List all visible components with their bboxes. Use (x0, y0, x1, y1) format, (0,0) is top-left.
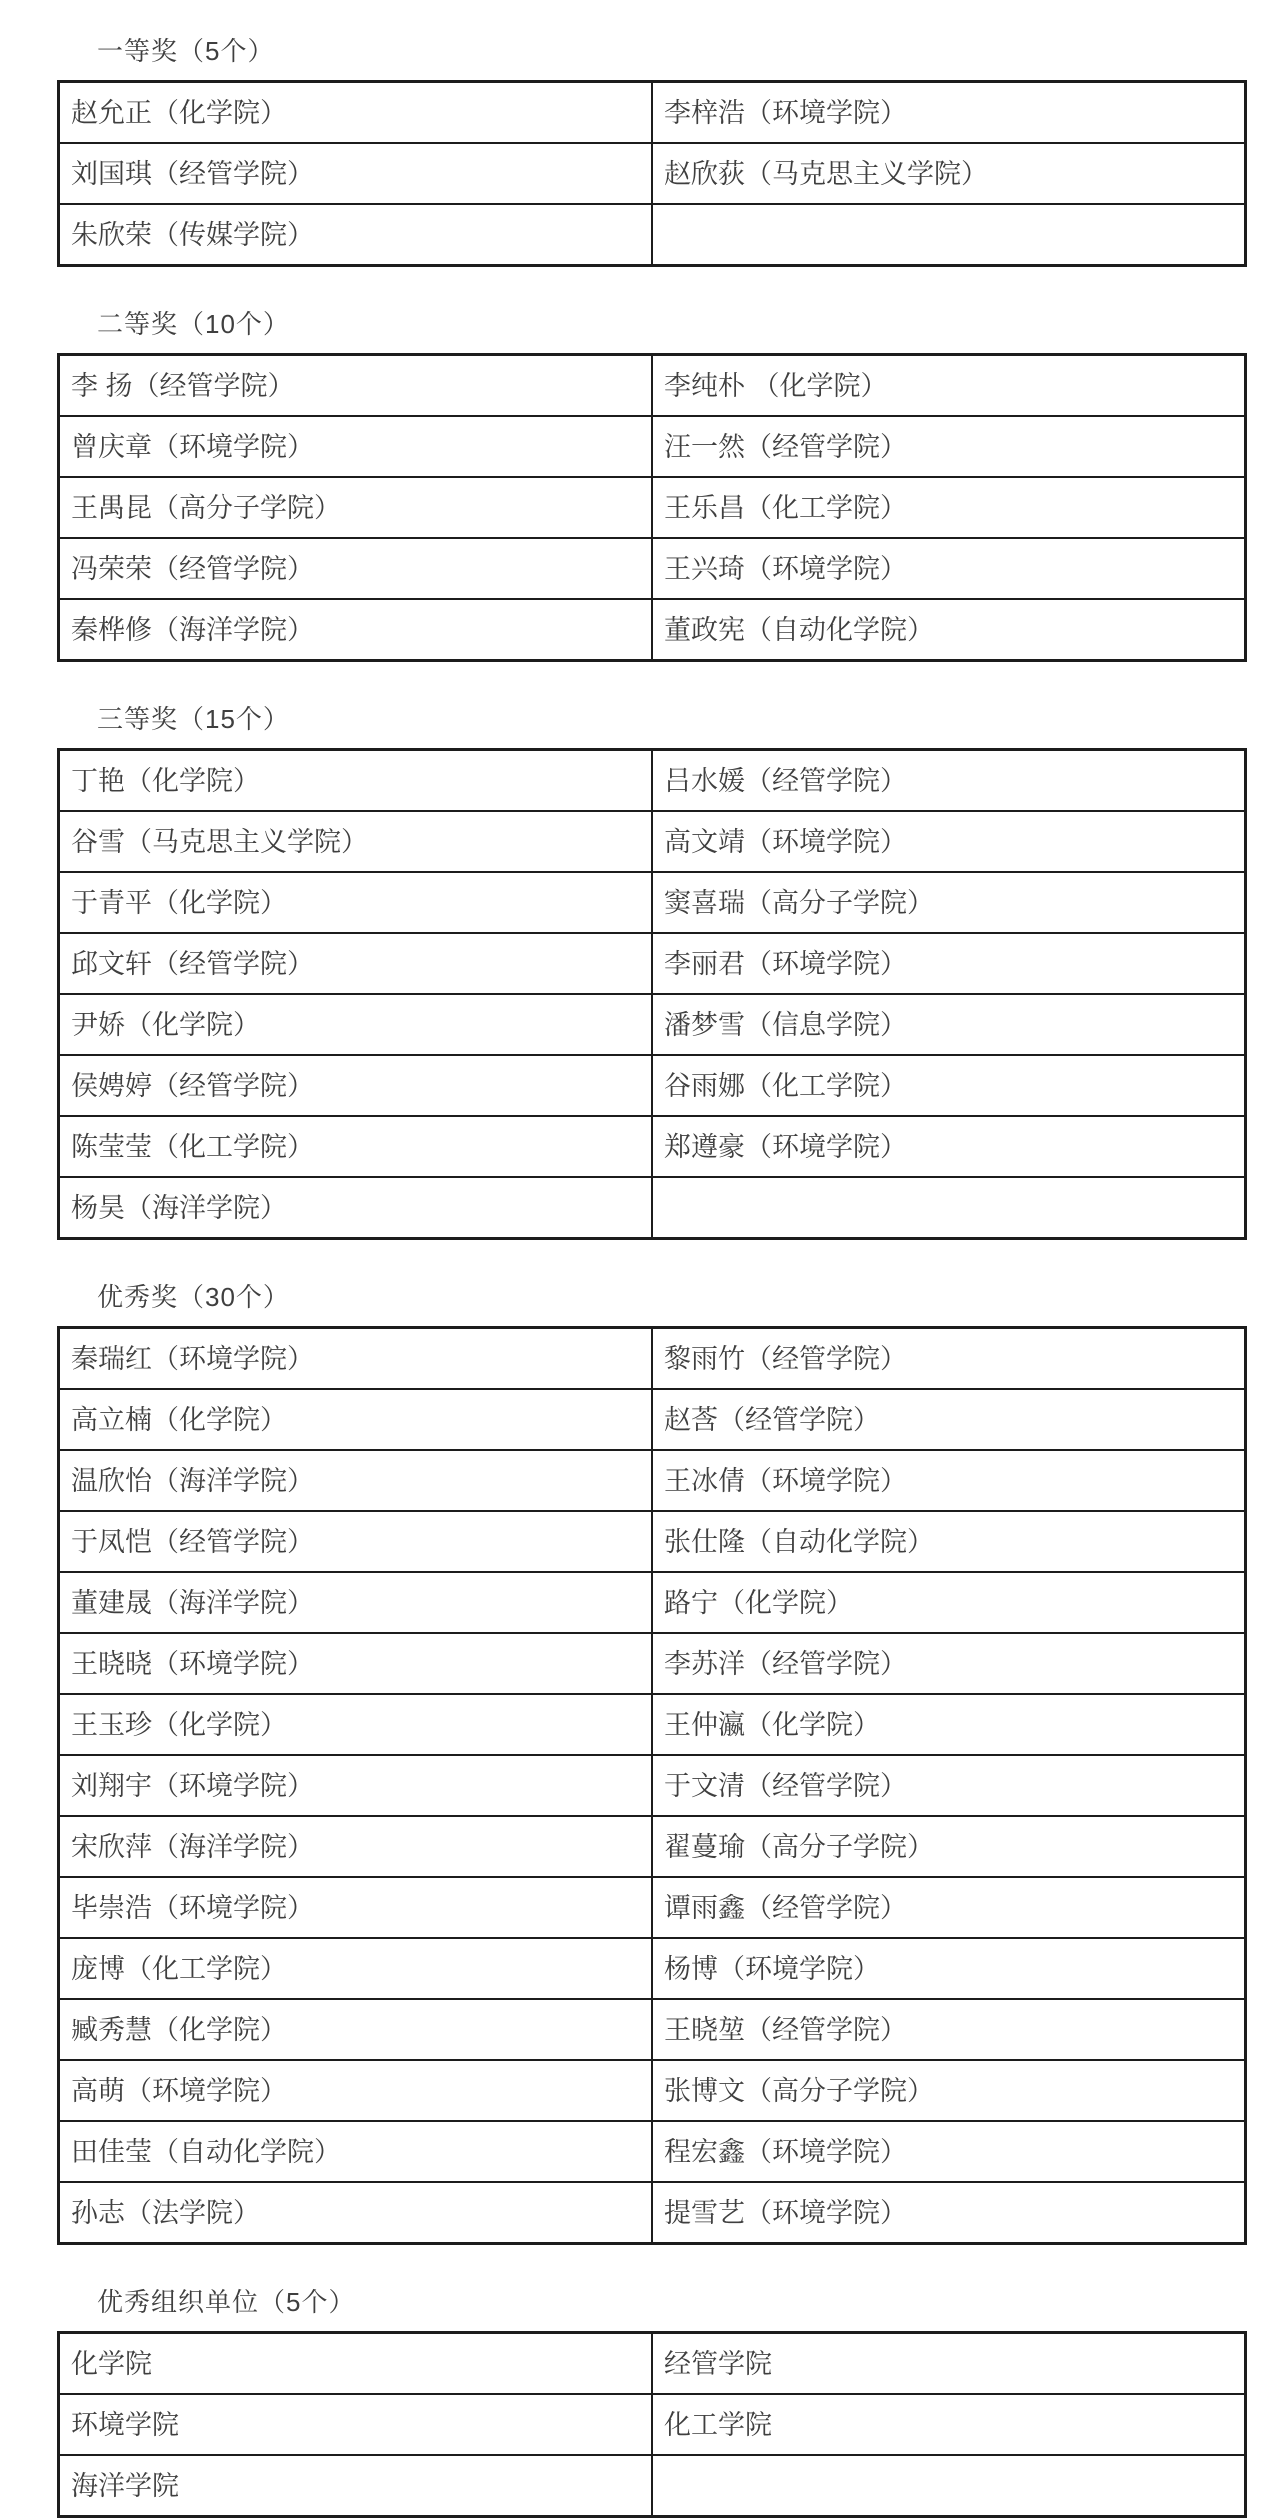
table-row: 化学院经管学院 (59, 2333, 1246, 2395)
table-row: 高萌（环境学院）张博文（高分子学院） (59, 2060, 1246, 2121)
section-title: 三等奖（15个） (97, 702, 1284, 736)
award-cell: 朱欣荣（传媒学院） (59, 204, 653, 266)
award-cell: 尹娇（化学院） (59, 994, 653, 1055)
section-title: 优秀组织单位（5个） (97, 2285, 1284, 2319)
table-row: 田佳莹（自动化学院）程宏鑫（环境学院） (59, 2121, 1246, 2182)
award-cell: 陈莹莹（化工学院） (59, 1116, 653, 1177)
award-cell: 王禺昆（高分子学院） (59, 477, 653, 538)
table-row: 孙志（法学院）提雪艺（环境学院） (59, 2182, 1246, 2244)
award-section: 二等奖（10个）李 扬（经管学院）李纯朴 （化学院）曾庆章（环境学院）汪一然（经… (0, 307, 1284, 662)
award-cell: 董建晟（海洋学院） (59, 1572, 653, 1633)
award-cell: 张博文（高分子学院） (652, 2060, 1246, 2121)
table-row: 赵允正（化学院）李梓浩（环境学院） (59, 82, 1246, 144)
award-cell: 张仕隆（自动化学院） (652, 1511, 1246, 1572)
award-cell: 赵允正（化学院） (59, 82, 653, 144)
section-title: 优秀奖（30个） (97, 1280, 1284, 1314)
awards-table: 李 扬（经管学院）李纯朴 （化学院）曾庆章（环境学院）汪一然（经管学院）王禺昆（… (57, 353, 1247, 662)
award-section: 优秀组织单位（5个）化学院经管学院环境学院化工学院海洋学院 (0, 2285, 1284, 2518)
award-cell: 孙志（法学院） (59, 2182, 653, 2244)
table-row: 曾庆章（环境学院）汪一然（经管学院） (59, 416, 1246, 477)
table-row: 谷雪（马克思主义学院）高文靖（环境学院） (59, 811, 1246, 872)
award-cell: 侯娉婷（经管学院） (59, 1055, 653, 1116)
award-cell: 环境学院 (59, 2394, 653, 2455)
award-cell: 李 扬（经管学院） (59, 355, 653, 417)
award-cell: 王晓堃（经管学院） (652, 1999, 1246, 2060)
award-cell: 谭雨鑫（经管学院） (652, 1877, 1246, 1938)
award-cell: 曾庆章（环境学院） (59, 416, 653, 477)
award-cell: 王仲瀛（化学院） (652, 1694, 1246, 1755)
table-row: 王禺昆（高分子学院）王乐昌（化工学院） (59, 477, 1246, 538)
award-cell: 王乐昌（化工学院） (652, 477, 1246, 538)
table-row: 陈莹莹（化工学院）郑遵豪（环境学院） (59, 1116, 1246, 1177)
award-cell: 高萌（环境学院） (59, 2060, 653, 2121)
table-row: 尹娇（化学院）潘梦雪（信息学院） (59, 994, 1246, 1055)
table-row: 朱欣荣（传媒学院） (59, 204, 1246, 266)
awards-table: 化学院经管学院环境学院化工学院海洋学院 (57, 2331, 1247, 2518)
award-cell: 汪一然（经管学院） (652, 416, 1246, 477)
table-row: 侯娉婷（经管学院）谷雨娜（化工学院） (59, 1055, 1246, 1116)
award-cell: 董政宪（自动化学院） (652, 599, 1246, 661)
table-row: 臧秀慧（化学院）王晓堃（经管学院） (59, 1999, 1246, 2060)
award-cell: 杨博（环境学院） (652, 1938, 1246, 1999)
awards-table: 赵允正（化学院）李梓浩（环境学院）刘国琪（经管学院）赵欣荻（马克思主义学院）朱欣… (57, 80, 1247, 267)
award-cell: 王兴琦（环境学院） (652, 538, 1246, 599)
award-cell: 高文靖（环境学院） (652, 811, 1246, 872)
section-title: 一等奖（5个） (97, 34, 1284, 68)
award-cell: 潘梦雪（信息学院） (652, 994, 1246, 1055)
award-cell: 赵莟（经管学院） (652, 1389, 1246, 1450)
award-cell: 于文清（经管学院） (652, 1755, 1246, 1816)
award-cell: 宋欣萍（海洋学院） (59, 1816, 653, 1877)
award-cell: 王冰倩（环境学院） (652, 1450, 1246, 1511)
award-cell: 于青平（化学院） (59, 872, 653, 933)
table-row: 毕崇浩（环境学院）谭雨鑫（经管学院） (59, 1877, 1246, 1938)
award-cell: 于凤恺（经管学院） (59, 1511, 653, 1572)
award-cell: 翟蔓瑜（高分子学院） (652, 1816, 1246, 1877)
table-row: 庞博（化工学院）杨博（环境学院） (59, 1938, 1246, 1999)
award-section: 优秀奖（30个）秦瑞红（环境学院）黎雨竹（经管学院）高立楠（化学院）赵莟（经管学… (0, 1280, 1284, 2245)
award-cell: 郑遵豪（环境学院） (652, 1116, 1246, 1177)
award-cell: 李丽君（环境学院） (652, 933, 1246, 994)
award-cell: 杨昊（海洋学院） (59, 1177, 653, 1239)
table-row: 董建晟（海洋学院）路宁（化学院） (59, 1572, 1246, 1633)
table-row: 王晓晓（环境学院）李苏洋（经管学院） (59, 1633, 1246, 1694)
award-cell: 李梓浩（环境学院） (652, 82, 1246, 144)
award-cell: 提雪艺（环境学院） (652, 2182, 1246, 2244)
document-page: 一等奖（5个）赵允正（化学院）李梓浩（环境学院）刘国琪（经管学院）赵欣荻（马克思… (0, 0, 1284, 2518)
award-section: 一等奖（5个）赵允正（化学院）李梓浩（环境学院）刘国琪（经管学院）赵欣荻（马克思… (0, 34, 1284, 267)
award-cell: 路宁（化学院） (652, 1572, 1246, 1633)
award-cell: 吕水媛（经管学院） (652, 750, 1246, 812)
award-cell: 黎雨竹（经管学院） (652, 1328, 1246, 1390)
award-cell: 秦桦修（海洋学院） (59, 599, 653, 661)
award-cell: 冯荣荣（经管学院） (59, 538, 653, 599)
table-row: 杨昊（海洋学院） (59, 1177, 1246, 1239)
award-cell: 谷雪（马克思主义学院） (59, 811, 653, 872)
award-cell: 谷雨娜（化工学院） (652, 1055, 1246, 1116)
award-cell: 赵欣荻（马克思主义学院） (652, 143, 1246, 204)
award-cell: 毕崇浩（环境学院） (59, 1877, 653, 1938)
awards-table: 丁艳（化学院）吕水媛（经管学院）谷雪（马克思主义学院）高文靖（环境学院）于青平（… (57, 748, 1247, 1240)
award-cell: 李苏洋（经管学院） (652, 1633, 1246, 1694)
award-cell: 王晓晓（环境学院） (59, 1633, 653, 1694)
table-row: 秦瑞红（环境学院）黎雨竹（经管学院） (59, 1328, 1246, 1390)
empty-cell (652, 1177, 1246, 1239)
empty-cell (652, 2455, 1246, 2517)
award-cell: 田佳莹（自动化学院） (59, 2121, 653, 2182)
table-row: 高立楠（化学院）赵莟（经管学院） (59, 1389, 1246, 1450)
table-row: 刘国琪（经管学院）赵欣荻（马克思主义学院） (59, 143, 1246, 204)
award-cell: 化工学院 (652, 2394, 1246, 2455)
award-cell: 臧秀慧（化学院） (59, 1999, 653, 2060)
table-row: 海洋学院 (59, 2455, 1246, 2517)
award-cell: 丁艳（化学院） (59, 750, 653, 812)
section-title: 二等奖（10个） (97, 307, 1284, 341)
table-row: 宋欣萍（海洋学院）翟蔓瑜（高分子学院） (59, 1816, 1246, 1877)
table-row: 环境学院化工学院 (59, 2394, 1246, 2455)
award-cell: 李纯朴 （化学院） (652, 355, 1246, 417)
table-row: 刘翔宇（环境学院）于文清（经管学院） (59, 1755, 1246, 1816)
award-cell: 刘翔宇（环境学院） (59, 1755, 653, 1816)
award-cell: 庞博（化工学院） (59, 1938, 653, 1999)
table-row: 李 扬（经管学院）李纯朴 （化学院） (59, 355, 1246, 417)
award-section: 三等奖（15个）丁艳（化学院）吕水媛（经管学院）谷雪（马克思主义学院）高文靖（环… (0, 702, 1284, 1240)
award-cell: 温欣怡（海洋学院） (59, 1450, 653, 1511)
award-sections-container: 一等奖（5个）赵允正（化学院）李梓浩（环境学院）刘国琪（经管学院）赵欣荻（马克思… (0, 34, 1284, 2518)
table-row: 邱文轩（经管学院）李丽君（环境学院） (59, 933, 1246, 994)
table-row: 温欣怡（海洋学院）王冰倩（环境学院） (59, 1450, 1246, 1511)
table-row: 王玉珍（化学院）王仲瀛（化学院） (59, 1694, 1246, 1755)
table-row: 于凤恺（经管学院）张仕隆（自动化学院） (59, 1511, 1246, 1572)
award-cell: 窦喜瑞（高分子学院） (652, 872, 1246, 933)
awards-table: 秦瑞红（环境学院）黎雨竹（经管学院）高立楠（化学院）赵莟（经管学院）温欣怡（海洋… (57, 1326, 1247, 2245)
award-cell: 秦瑞红（环境学院） (59, 1328, 653, 1390)
award-cell: 经管学院 (652, 2333, 1246, 2395)
award-cell: 化学院 (59, 2333, 653, 2395)
table-row: 于青平（化学院）窦喜瑞（高分子学院） (59, 872, 1246, 933)
table-row: 秦桦修（海洋学院）董政宪（自动化学院） (59, 599, 1246, 661)
award-cell: 高立楠（化学院） (59, 1389, 653, 1450)
award-cell: 海洋学院 (59, 2455, 653, 2517)
award-cell: 程宏鑫（环境学院） (652, 2121, 1246, 2182)
empty-cell (652, 204, 1246, 266)
award-cell: 王玉珍（化学院） (59, 1694, 653, 1755)
award-cell: 邱文轩（经管学院） (59, 933, 653, 994)
table-row: 冯荣荣（经管学院）王兴琦（环境学院） (59, 538, 1246, 599)
award-cell: 刘国琪（经管学院） (59, 143, 653, 204)
table-row: 丁艳（化学院）吕水媛（经管学院） (59, 750, 1246, 812)
